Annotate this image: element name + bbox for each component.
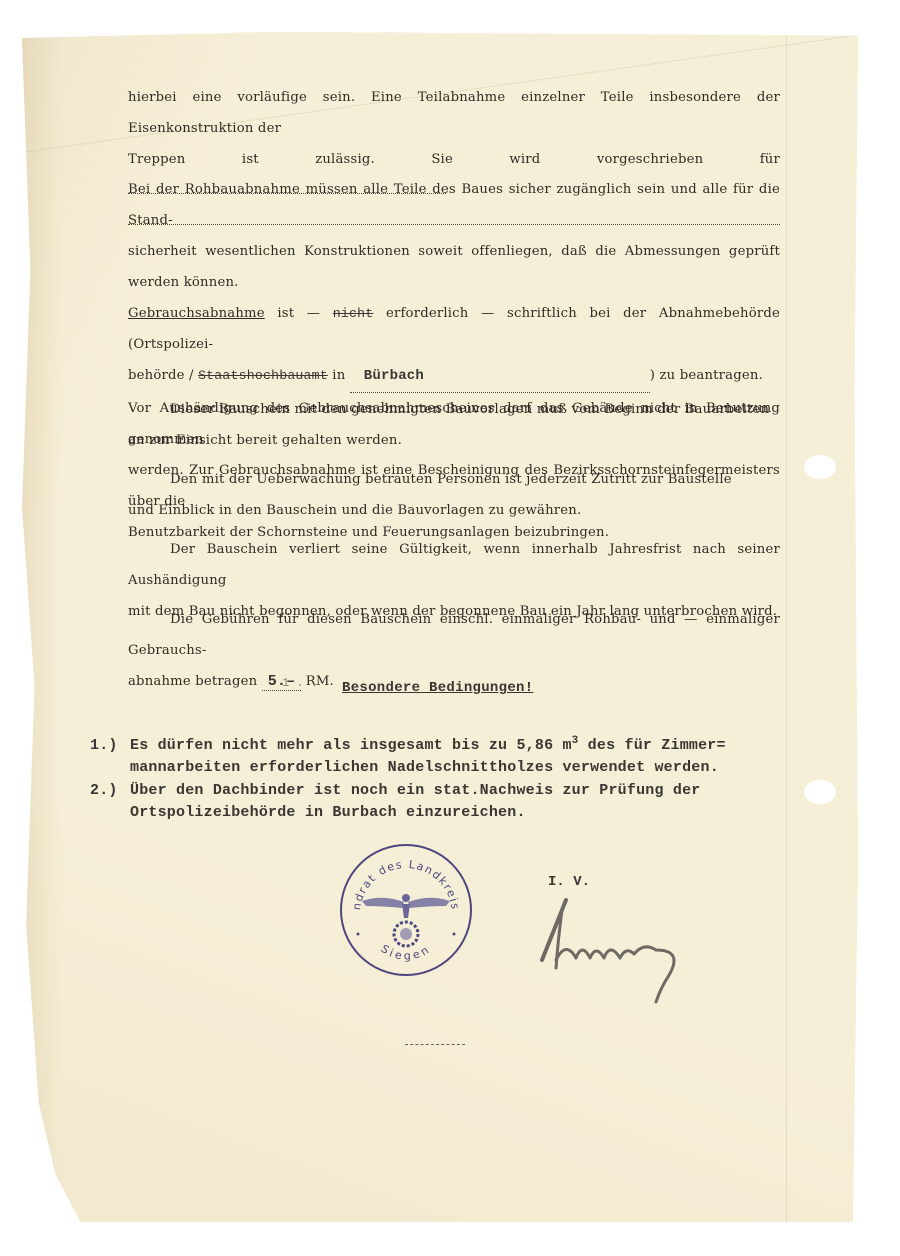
- condition-number: 1.): [90, 735, 130, 757]
- form-text-block-4: Den mit der Ueberwachung betrauten Perso…: [128, 464, 780, 526]
- eagle-emblem-icon: Landrat des Landkreises Siegen: [342, 846, 470, 974]
- punch-hole: [804, 455, 836, 479]
- official-stamp: Landrat des Landkreises Siegen: [340, 844, 472, 976]
- paragraph-line: an zur Einsicht bereit gehalten werden.: [128, 425, 780, 456]
- paragraph-line: Bei der Rohbauabnahme müssen alle Teile …: [128, 174, 780, 236]
- paragraph-line: Den mit der Ueberwachung betrauten Perso…: [128, 464, 780, 495]
- paragraph-line: Die Gebühren für diesen Bauschein einsch…: [128, 604, 780, 666]
- paragraph-line: Dieser Bauschein mit den genehmigten Bau…: [128, 394, 780, 425]
- special-conditions-heading: Besondere Bedingungen!: [342, 680, 533, 696]
- underlined-term: Gebrauchsabnahme: [128, 306, 265, 321]
- form-text-block-3: Dieser Bauschein mit den genehmigten Bau…: [128, 394, 780, 456]
- place-fill-line: Bürbach: [350, 360, 650, 393]
- struck-text: Staatshochbauamt: [198, 368, 328, 383]
- stray-marks: 1 . .: [282, 676, 318, 690]
- condition-item-2: 2.)Über den Dachbinder ist noch ein stat…: [90, 780, 810, 824]
- handwritten-signature-icon: [536, 880, 706, 1010]
- svg-text:Siegen: Siegen: [379, 942, 434, 963]
- paragraph-line: Gebrauchsabnahme ist — nicht erforderlic…: [128, 298, 780, 360]
- condition-number: 2.): [90, 780, 130, 802]
- divider-line: [405, 1044, 465, 1046]
- paragraph-line: hierbei eine vorläufige sein. Eine Teila…: [128, 82, 780, 144]
- paragraph-line: behörde / Staatshochbauamt in Bürbach) z…: [128, 360, 780, 393]
- place-value: Bürbach: [350, 368, 424, 384]
- fold-crease: [786, 32, 787, 1222]
- condition-item-1: 1.)Es dürfen nicht mehr als insgesamt bi…: [90, 730, 810, 779]
- paragraph-line: Der Bauschein verliert seine Gültigkeit,…: [128, 534, 780, 596]
- paragraph-line: sicherheit wesentlichen Konstruktionen s…: [128, 236, 780, 298]
- struck-text: nicht: [333, 306, 374, 321]
- paragraph-line: und Einblick in den Bauschein und die Ba…: [128, 495, 780, 526]
